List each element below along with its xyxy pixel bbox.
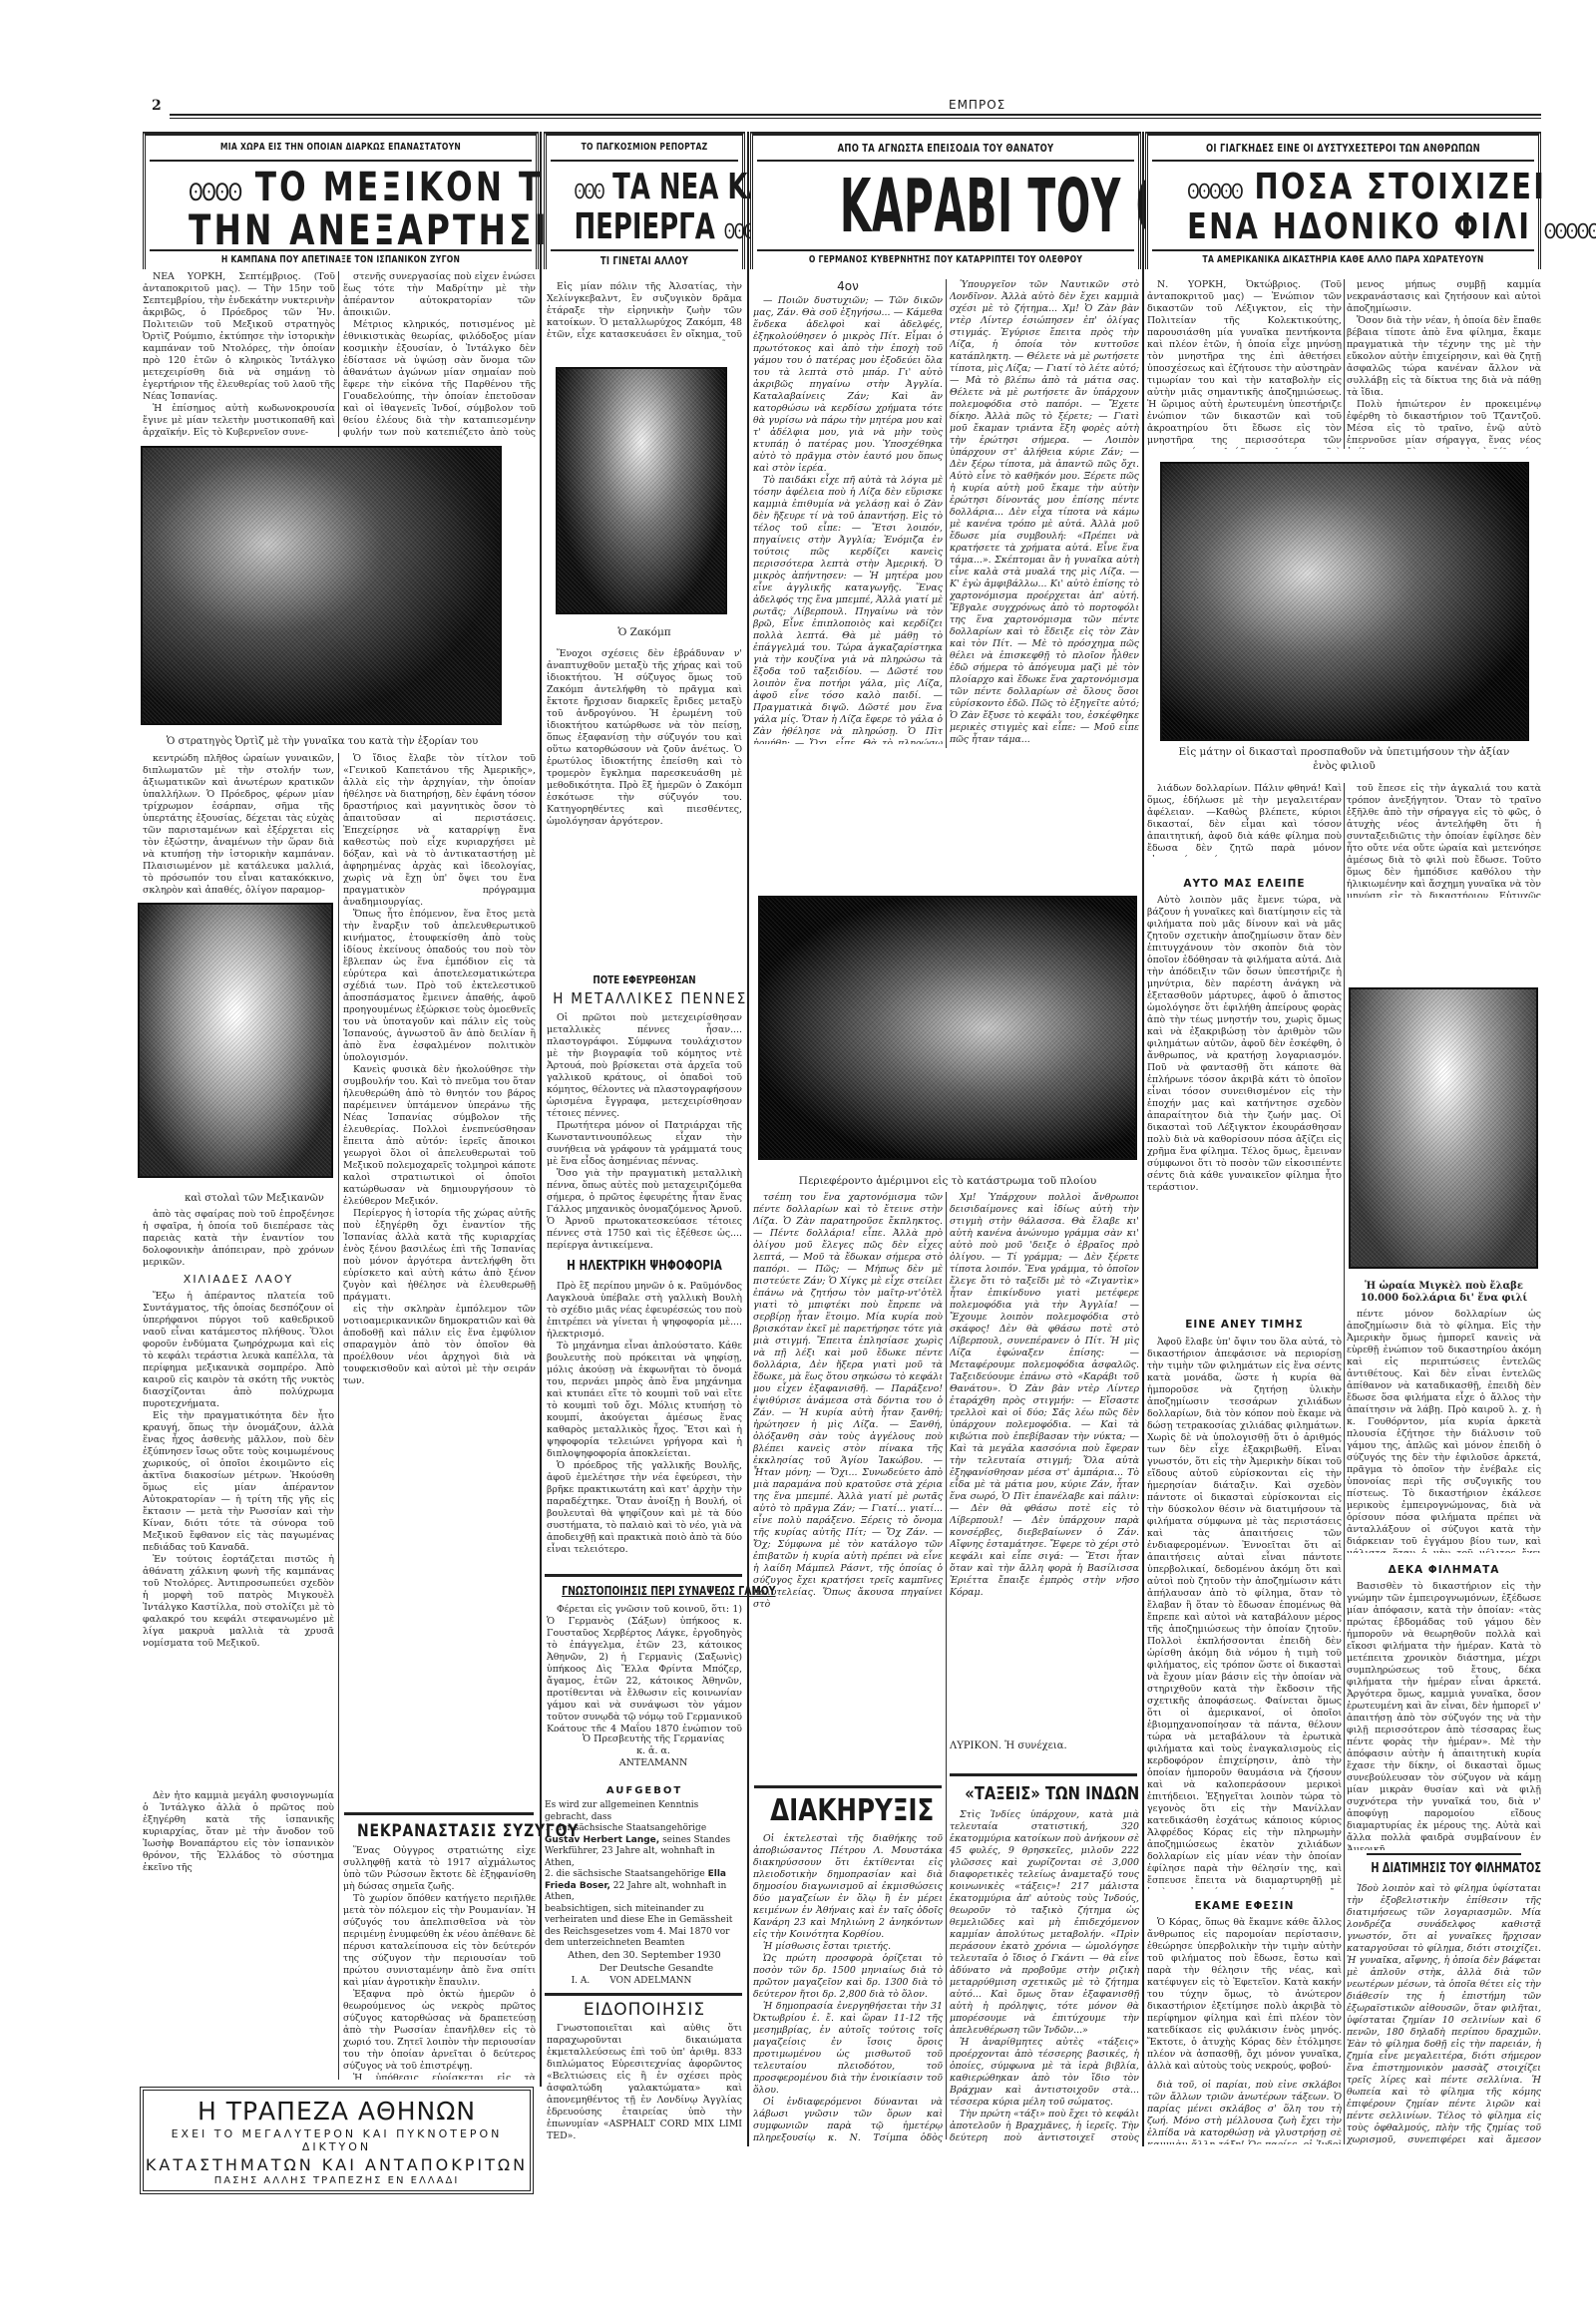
photo-caption-line-1: Εἰς μάτην οἱ δικασταὶ προσπαθοῦν νὰ ὑπετ… [1147,746,1541,758]
mexico-col1-crowds: Ἔξω ἡ ἀπέραντος πλατεία τοῦ Συντάγματος,… [143,1291,334,1789]
paragraph: Ἔνοχοι σχέσεις δὲν ἐβράδυναν ν' ἀναπτυχθ… [547,648,742,828]
paragraph: Τὸ χωρίον ὅπόθεν κατήγετο περιῆλθε μετὰ … [343,1893,536,1989]
aufgebot-signature: I. A. VON ADELMANN [547,1976,716,1986]
mexico-kicker: ΜΙΑ ΧΩΡΑ ΕΙΣ ΤΗΝ ΟΠΟΙΑΝ ΔΙΑΡΚΩΣ ΕΠΑΝΑΣΤΑ… [175,142,506,153]
column-rule [540,132,542,2087]
mexico-col1-lower: κεντρώδη πλῆθος ὡραίων γυναικῶν, διπλωμα… [143,753,334,901]
paragraph: Ἐν τούτοις ἑορτάζεται πιστῶς ἡ ἀθάνατη χ… [143,1554,334,1650]
headline-text: ΕΝΑ ΗΔΟΝΙΚΟ ΦΙΛΙ [1187,206,1531,247]
photo-caption: Ὁ στρατηγὸς Ὀρτὶζ μὲ τὴν γυναῖκα του κατ… [143,736,502,747]
paragraph: Ἡ μίσθωσις ἔσται τριετής. [753,1941,943,1953]
death-ship-kicker: ΑΠΟ ΤΑ ΑΓΝΩΣΤΑ ΕΠΕΙΣΟΔΙΑ ΤΟΥ ΘΑΝΑΤΟΥ [782,142,1109,155]
ornament-icon: ʘʘʘʘ [189,179,241,206]
masthead-rule [170,114,1541,116]
paragraph: Βασισθὲν τὸ δικαστήριον εἰς τὴν γνώμην τ… [1347,1581,1541,1850]
world-news-header: ΤΟ ΠΑΓΚΟΣΜΙΟΝ ΡΕΠΟΡΤΑΖ ʘʘʘ ΤΑ ΝΕΑ ΚΑΙ ΠΕ… [544,132,745,269]
castes-text-continued: διὰ τοῦ, οἱ παρίαι, ποὺ εἶνε σκλάβοι τῶν… [1147,2080,1342,2144]
paragraph: Εἰς μίαν πόλιν τῆς Ἀλσατίας, τὴν Χελίνγκ… [547,281,742,341]
paragraph: Es wird zur allgemeinen Kenntnis gebrach… [545,1800,742,1823]
divider [1152,249,1534,251]
aufgebot-text: Es wird zur allgemeinen Kenntnis gebrach… [545,1800,742,1948]
newspaper-name: ΕΜΠΡΟΣ [943,98,1011,112]
world-news-body: Ἔνοχοι σχέσεις δὲν ἐβράδυναν ν' ἀναπτυχθ… [547,648,742,953]
column-rule [747,132,749,2146]
ad-line-3: ΚΑΤΑΣΤΗΜΑΤΩΝ ΚΑΙ ΑΝΤΑΠΟΚΡΙΤΩΝ [144,2155,530,2174]
paragraph: λιάδων δολλαρίων. Πάλιν φθηνά! Καὶ ὅμως,… [1147,783,1342,858]
photo-caption: Ὁ Ζακόμπ [547,626,742,638]
world-news-intro: Εἰς μίαν πόλιν τῆς Ἀλσατίας, τὴν Χελίνγκ… [547,281,742,341]
castes-text: Στὶς Ἰνδίες ὑπάρχουν, κατὰ μιὰ τελευταία… [950,1809,1139,2143]
mexico-col1-after-photo: ἀπὸ τὰς σφαίρας ποὺ τοῦ ἐπροξένησε ἡ σφα… [143,1209,334,1269]
aufgebot-party-2: 2. die sächsische Staatsangehörige Ella … [545,1869,742,1904]
paragraph: κεντρώδη πλῆθος ὡραίων γυναικῶν, διπλωμα… [143,753,334,897]
kiss-header: ΟΙ ΓΙΑΓΚΗΔΕΣ ΕΙΝΕ ΟΙ ΔΥΣΤΥΧΕΣΤΕΡΟΙ ΤΩΝ Α… [1145,132,1541,269]
death-ship-col1: — Ποιῶν δυστυχιῶν; — Τῶν δικῶν μας, Ζάν.… [753,295,943,744]
paragraph: στενῆς συνεργασίας ποὺ εἶχεν ἑνώσει ἕως … [343,271,536,319]
paragraph: Ὑπουργεῖον τῶν Ναυτικῶν στὸ Λονδῖνον. Ἀλ… [950,279,1139,744]
world-news-headline-2: ΠΕΡΙΕΡΓΑ ʘʘʘ [574,209,714,245]
bank-of-athens-advertisement: Η ΤΡΑΠΕΖΑ ΑΘΗΝΩΝ ΕΧΕΙ ΤΟ ΜΕΓΑΛΥΤΕΡΟΝ ΚΑΙ… [140,2087,534,2194]
column-rule [338,271,339,437]
paragraph: Ἕνας Οὖγγρος στρατιώτης εἶχε συλληφθῇ κα… [343,1845,536,1893]
paragraph: Γνωστοποιεῖται καὶ αὖθις ὅτι παραχωροῦντ… [547,2023,742,2142]
divider [150,249,532,251]
photo-mexican-costumes [138,903,333,1178]
column-rule [946,279,947,748]
marriage-notice-text: Φέρεται εἰς γνῶσιν τοῦ κοινοῦ, ὅτι: 1) Ὁ… [547,1604,742,1732]
paragraph: Δὲν ἦτο καμμιὰ μεγάλη φυσιογνωμία ὁ Ἰντά… [143,1790,334,1874]
photo-caption: Περιεφέροντο ἀμέριμνοι εἰς τὸ κατάστρωμα… [758,1175,1137,1187]
paragraph: Οἱ ἐκτελεσταὶ τῆς διαθήκης τοῦ ἀποβιώσαν… [753,1833,943,1941]
paragraph: Ὅσον διὰ τὴν νέαν, ἡ ὁποία δὲν ἔπαθε βέβ… [1347,315,1541,399]
divider [150,160,532,162]
subhead-that-was-missing: ΑΥΤΟ ΜΑΣ ΕΛΕΙΠΕ [1147,878,1342,890]
subhead-crowds: ΧΙΛΙΑΔΕΣ ΛΑΟΥ [143,1273,334,1286]
paragraph: Ἔξω ἡ ἀπέραντος πλατεία τοῦ Συντάγματος,… [143,1291,334,1410]
column-rule [1142,132,1144,2146]
marriage-signatory-pp: κ. ἁ. α. [559,1745,748,1756]
world-news-deck: ΤΙ ΓΙΝΕΤΑΙ ΑΛΛΟΥ [562,254,728,267]
paragraph: Ὁ πρόεδρος τῆς γαλλικῆς Βουλῆς, ἀφοῦ ἐμε… [547,1460,742,1556]
world-news-kicker: ΤΟ ΠΑΓΚΟΣΜΙΟΝ ΡΕΠΟΡΤΑΖ [562,142,728,153]
subhead-appealed: ΕΚΑΜΕ ΕΦΕΣΙΝ [1147,1900,1342,1912]
aufgebot-sig-title: Der Deutsche Gesandte [559,1963,754,1974]
pens-text: Οἱ πρῶτοι ποὺ μετεχειρίσθησαν μεταλλικὲς… [547,1012,742,1252]
column-rule [946,1192,947,2139]
vote-text: Πρὸ ἓξ περίπου μηνῶν ὁ κ. Ραϋμόνδος Λαγκ… [547,1281,742,1570]
mexico-col2-top: στενῆς συνεργασίας ποὺ εἶχεν ἑνώσει ἕως … [343,271,536,437]
death-ship-deck: Ο ΓΕΡΜΑΝΟΣ ΚΥΒΕΡΝΗΤΗΣ ΠΟΥ ΚΑΤΑΡΡΙΠΤΕΙ ΤΟ… [782,254,1109,265]
pens-headline: Η ΜΕΤΑΛΛΙΚΕΣ ΠΕΝΝΕΣ [553,989,736,1007]
groom-name: Gustav Herbert Lange, [545,1835,659,1845]
kiss-sub1-text: Αὐτὸ λοιπὸν μᾶς ἔμενε τώρα, νὰ βάζουν ἡ … [1147,895,1342,1297]
paragraph: Οἱ ἐνδιαφερόμενοι δύνανται νὰ λάβωσι γνῶ… [753,2097,943,2142]
page-masthead: 2 ΕΜΠΡΟΣ [140,104,1541,118]
kiss-col1-lower: λιάδων δολλαρίων. Πάλιν φθηνά! Καὶ ὅμως,… [1147,783,1342,858]
paragraph: διὰ τοῦ, οἱ παρίαι, ποὺ εἶνε σκλάβοι τῶν… [1147,2080,1342,2144]
divider [1152,160,1534,162]
photo-caption: καὶ στολαὶ τῶν Μεξικανῶν [180,1193,329,1204]
paragraph: Ὁ Κόρας, ὅπως θὰ ἔκαμνε κάθε ἄλλος ἄνθρω… [1147,1917,1342,2073]
marriage-signatory-title: Ὁ Πρεσβευτὴς τῆς Γερμανίας [559,1734,748,1744]
divider [545,1574,742,1577]
paragraph: Χμ! Ὑπάρχουν πολλοὶ ἄνθρωποι δεισιδαίμον… [950,1192,1139,1599]
kiss-sub2-text: Ἀφοῦ ἔλαβε ὑπ' ὄψιν του ὅλα αὐτά, τὸ δικ… [1147,1337,1342,1890]
paragraph: τοῦ ἔπεσε εἰς τὴν ἀγκαλιά του κατὰ τρόπο… [1347,783,1541,898]
kiss-headline-2: ΕΝΑ ΗΔΟΝΙΚΟ ΦΙΛΙ ʘʘʘʘʘ [1187,209,1499,245]
paragraph: Τὸ παιδάκι εἶχε πῆ αὐτὰ τὰ λόγια μὲ τόση… [753,475,943,744]
paragraph: Ἐξαφνα πρὸ ὀκτὼ ἡμερῶν ὁ θεωρούμενος ὡς … [343,1989,536,2073]
photo-miguel [1349,987,1538,1269]
mexico-col1-bottom: Δὲν ἦτο καμμιὰ μεγάλη φυσιογνωμία ὁ Ἰντά… [143,1790,334,2080]
photo-ship-deck [758,896,1137,1160]
paragraph: Τὴν πρώτη «τάξι» ποὺ ἔχει τὸ κεφάλι ἀποτ… [950,2109,1139,2143]
photo-zakob [556,367,727,614]
kiss-deck: ΤΑ ΑΜΕΡΙΚΑΝΙΚΑ ΔΙΚΑΣΤΗΡΙΑ ΚΑΘΕ ΑΛΛΟ ΠΑΡΑ… [1177,254,1508,265]
headline-text: ΠΟΣΑ ΣΤΟΙΧΙΖΕΙ [1255,167,1547,207]
paragraph: Ἀφοῦ ἔλαβε ὑπ' ὄψιν του ὅλα αὐτά, τὸ δικ… [1147,1337,1342,1890]
paragraph: Αὐτὸ λοιπὸν μᾶς ἔμενε τώρα, νὰ βάζουν ἡ … [1147,895,1342,1194]
kiss-pricing-headline: Η ΔΙΑΤΙΜΗΣΙΣ ΤΟΥ ΦΙΛΗΜΑΤΟΣ [1371,1861,1516,1876]
ornament-icon: ʘʘʘʘʘ [1544,219,1596,243]
paragraph: Ὡς πρώτη προσφορὰ ὁρίζεται τὸ ποσὸν τῶν … [753,1953,943,2001]
paragraph: Περίεργος ἡ ἱστορία τῆς χώρας αὐτῆς ποὺ … [343,1208,536,1304]
paragraph: Φέρεται εἰς γνῶσιν τοῦ κοινοῦ, ὅτι: 1) Ὁ… [547,1604,742,1732]
mexico-col1-top: ΝΕΑ ΥΟΡΚΗ, Σεπτέμβριος. (Τοῦ ἀνταποκριτο… [143,271,335,437]
paragraph: Πρὸ ἓξ περίπου μηνῶν ὁ κ. Ραϋμόνδος Λαγκ… [547,1281,742,1341]
death-ship-col2-lower: Χμ! Ὑπάρχουν πολλοὶ ἄνθρωποι δεισιδαίμον… [950,1192,1139,1731]
paragraph: πέντε μόνον δολλαρίων ὡς ἀποζημίωσιν διὰ… [1347,1309,1541,1553]
paragraph: Ν. ΥΟΡΚΗ, Ὀκτώβριος. (Τοῦ ἀνταποκριτοῦ μ… [1147,279,1342,449]
paragraph: ἀπὸ τὰς σφαίρας ποὺ τοῦ ἐπροξένησε ἡ σφα… [143,1209,334,1269]
kiss-sub5-text: Ἰδοὺ λοιπὸν καὶ τὸ φίλημα ὑφίσταται τὴν … [1347,1883,1541,2144]
paragraph: Ἰδοὺ λοιπὸν καὶ τὸ φίλημα ὑφίσταται τὴν … [1347,1883,1541,2144]
page-number: 2 [152,98,162,114]
kiss-headline-1: ʘʘʘʘʘ ΠΟΣΑ ΣΤΟΙΧΙΖΕΙ [1187,170,1499,205]
marriage-notice-headline: ΓΝΩΣΤΟΠΟΙΗΣΙΣ ΠΕΡΙ ΣΥΝΑΨΕΩΣ ΓΑΜΟΥ [562,1584,725,1598]
paragraph: Εἰς τὴν πραγματικότητα δὲν ἦτο κραυγή, ὅ… [143,1410,334,1554]
installment-number: 4ον [753,279,943,293]
ornament-icon: ʘʘʘ [574,180,603,203]
ad-line-4: ΠΑΣΗΣ ΑΛΛΗΣ ΤΡΑΠΕΖΗΣ ΕΝ ΕΛΛΑΔΙ [144,2175,530,2186]
paragraph: Ὁ ἴδιος ἔλαβε τὸν τίτλον τοῦ «Γενικοῦ Κα… [343,753,536,909]
notice-headline: ΕΙΔΟΠΟΙΗΣΙΣ [547,2000,742,2020]
text: 2. die sächsische Staatsangehörige [545,1869,705,1879]
paragraph: Μέτριος κληρικός, ποτισμένος μὲ ἐθνικιστ… [343,319,536,437]
marriage-signatory: ΑΝΤΕΛΜΑΝΝ [559,1757,748,1768]
declaration-text: Οἱ ἐκτελεσταὶ τῆς διαθήκης τοῦ ἀποβιώσαν… [753,1833,943,2142]
divider [344,1812,534,1815]
divider [754,1785,942,1788]
paragraph: Κανεὶς φυσικὰ δὲν ἠκολούθησε τὴν συμβουλ… [343,1064,536,1208]
photo-general-ortiz-and-wife [141,446,502,725]
divider [545,1993,742,1996]
text: 1. der sächsische Staatsangehörige [545,1823,706,1833]
photo-caption: Ἡ ὡραία Μιγκὲλ ποὺ ἔλαβε 10.000 δολλάρια… [1347,1281,1541,1305]
mexico-headline-1: ʘʘʘʘ ΤΟ ΜΕΞΙΚΟΝ ΤΙΜΑ [189,168,493,207]
masthead-rule-thin [170,118,1541,119]
vote-headline: Η ΗΛΕΚΤΡΙΚΗ ΨΗΦΟΦΟΡΙΑ [567,1259,723,1274]
column-rule [1344,783,1345,2144]
death-ship-header: ΑΠΟ ΤΑ ΑΓΝΩΣΤΑ ΕΠΕΙΣΟΔΙΑ ΤΟΥ ΘΑΝΑΤΟΥ ΚΑΡ… [750,132,1141,269]
ad-line-2: ΕΧΕΙ ΤΟ ΜΕΓΑΛΥΤΕΡΟΝ ΚΑΙ ΠΥΚΝΟΤΕΡΟΝ ΔΙΚΤΥ… [144,2127,530,2153]
paragraph: Πρωτήτερα μόνον οἱ Πατριάρχαι τῆς Κωνστα… [547,1120,742,1168]
paragraph: Ὅπως ἦτο ἑπόμενον, ἕνα ἔτος μετὰ τὴν ἔνα… [343,909,536,1064]
paragraph: Στὶς Ἰνδίες ὑπάρχουν, κατὰ μιὰ τελευταία… [950,1809,1139,2037]
pens-kicker: ΠΟΤΕ ΕΦΕΥΡΕΘΗΣΑΝ [567,973,723,986]
subhead-ten-kisses: ΔΕΚΑ ΦΙΛΗΜΑΤΑ [1347,1564,1541,1576]
resurrection-text: Ἕνας Οὖγγρος στρατιώτης εἶχε συλληφθῇ κα… [343,1845,536,2080]
aufgebot-party-1: 1. der sächsische Staatsangehörige Gusta… [545,1823,742,1869]
mexico-header: ΜΙΑ ΧΩΡΑ ΕΙΣ ΤΗΝ ΟΠΟΙΑΝ ΔΙΑΡΚΩΣ ΕΠΑΝΑΣΤΑ… [143,132,539,269]
divider [551,160,738,162]
paragraph: μενος μήπως συμβῇ καμμία νεκρανάστασις κ… [1347,279,1541,315]
paragraph: Ἡ ἐπίσημος αὐτὴ κωδωνοκρουσία ἔγινε μὲ μ… [143,403,335,437]
paragraph: Ἡ ὑπόθεσις εὑρίσκεται εἰς τὰ δικαστήρια. [343,2073,536,2080]
column-rule [1344,279,1345,449]
declaration-headline: ΔΙΑΚΗΡΥΞΙΣ [770,1793,926,1828]
divider [551,249,738,251]
paragraph: Τὸ μηχάνημα εἶναι ἁπλούστατο. Κάθε βουλε… [547,1341,742,1460]
paragraph: Οἱ πρῶτοι ποὺ μετεχειρίσθησαν μεταλλικὲς… [547,1012,742,1120]
kiss-col2-lower: τοῦ ἔπεσε εἰς τὴν ἀγκαλιά του κατὰ τρόπο… [1347,783,1541,898]
notice-text: Γνωστοποιεῖται καὶ αὖθις ὅτι παραχωροῦντ… [547,2023,742,2142]
divider [950,1773,1137,1776]
divider [1367,1853,1521,1855]
divider [757,249,1134,251]
photo-judges [1160,462,1529,741]
castes-headline: «ΤΑΞΕΙΣ» ΤΩΝ ΙΝΔΩΝ [965,1783,1121,1804]
paragraph: τσέπη του ἕνα χαρτονόμισμα τῶν πέντε δολ… [753,1192,943,1611]
paragraph: — Ποιῶν δυστυχιῶν; — Τῶν δικῶν μας, Ζάν.… [753,295,943,475]
death-ship-col2: Ὑπουργεῖον τῶν Ναυτικῶν στὸ Λονδῖνον. Ἀλ… [950,279,1139,744]
ornament-icon: ʘʘʘʘʘ [1187,180,1242,203]
photo-caption-line-2: ἑνὸς φιλιοῦ [1147,760,1541,772]
world-news-headline-1: ʘʘʘ ΤΑ ΝΕΑ ΚΑΙ [574,170,714,205]
kiss-sub3-text: Βασισθὲν τὸ δικαστήριον εἰς τὴν γνώμην τ… [1347,1581,1541,1850]
death-ship-headline: ΚΑΡΑΒΙ ΤΟΥ ΘΑΝΑΤΟΥ [840,170,1051,243]
column-rule [338,753,339,2080]
paragraph: εἰς τὴν σκληρὰν ἐμπόλεμον τῶν νοτιοαμερι… [343,1304,536,1387]
continuation-note: ΛΥΡΙΚΟΝ. Ἡ συνέχεια. [950,1740,1139,1751]
paragraph: Πολὺ ἠπιώτερον ἐν προκειμένῳ ἐφέρθη τὸ δ… [1347,399,1541,449]
paragraph: beabsichtigen, sich miteinander zu verhe… [545,1904,742,1949]
kiss-kicker: ΟΙ ΓΙΑΓΚΗΔΕΣ ΕΙΝΕ ΟΙ ΔΥΣΤΥΧΕΣΤΕΡΟΙ ΤΩΝ Α… [1177,142,1508,155]
kiss-col1-top: Ν. ΥΟΡΚΗ, Ὀκτώβριος. (Τοῦ ἀνταποκριτοῦ μ… [1147,279,1342,449]
paragraph: Ἡ δημοπρασία ἐνεργηθήσεται τὴν 31 Ὀκτωβρ… [753,2001,943,2097]
kiss-col2-top: μενος μήπως συμβῇ καμμία νεκρανάστασις κ… [1347,279,1541,449]
ad-title: Η ΤΡΑΠΕΖΑ ΑΘΗΝΩΝ [144,2097,530,2125]
aufgebot-date: Athen, den 30. September 1930 [547,1950,742,1961]
paragraph: ΝΕΑ ΥΟΡΚΗ, Σεπτέμβριος. (Τοῦ ἀνταποκριτο… [143,271,335,403]
aufgebot-title: AUFGEBOT [547,1785,742,1796]
death-ship-col1-lower: τσέπη του ἕνα χαρτονόμισμα τῶν πέντε δολ… [753,1192,943,1696]
paragraph: Ἡ ἀναρίθμητες αὐτὲς «τάξεις» προέρχονται… [950,2037,1139,2109]
divider [757,160,1134,162]
mexico-col2-lower: Ὁ ἴδιος ἔλαβε τὸν τίτλον τοῦ «Γενικοῦ Κα… [343,753,536,1805]
headline-text: ΠΕΡΙΕΡΓΑ [574,206,714,247]
subhead-priceless: ΕΙΝΕ ΑΝΕΥ ΤΙΜΗΣ [1147,1319,1342,1331]
kiss-col2-after-photo: πέντε μόνον δολλαρίων ὡς ἀποζημίωσιν διὰ… [1347,1309,1541,1553]
mexico-deck: Η ΚΑΜΠΑΝΑ ΠΟΥ ΑΠΕΤΙΝΑΞΕ ΤΟΝ ΙΣΠΑΝΙΚΟΝ ΖΥ… [175,254,506,265]
mexico-headline-2: ΤΗΝ ΑΝΕΞΑΡΤΗΣΙΑΝ ΤΟΥ [189,209,493,251]
resurrection-headline: ΝΕΚΡΑΝΑΣΤΑΣΙΣ ΣΥΖΥΓΟΥ [357,1821,521,1841]
paragraph: Ὅσο γιὰ τὴν πραγματικὴ μεταλλικὴ πέννα, … [547,1168,742,1252]
